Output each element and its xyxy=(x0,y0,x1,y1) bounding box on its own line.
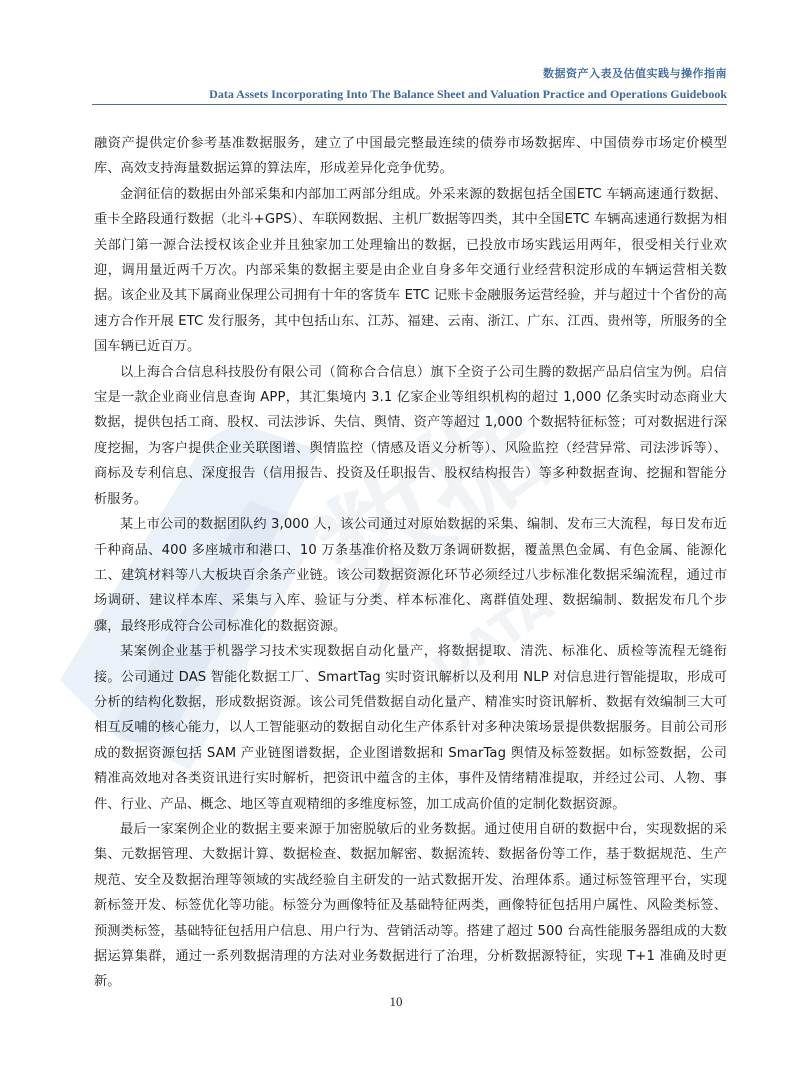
paragraph-listed-company: 某上市公司的数据团队约 3,000 人，该公司通过对原始数据的采集、编制、发布三… xyxy=(94,512,727,639)
header-title-en: Data Assets Incorporating Into The Balan… xyxy=(92,84,727,104)
paragraph-final-case: 最后一家案例企业的数据主要来源于加密脱敏后的业务数据。通过使用自研的数据中台，实… xyxy=(94,817,727,995)
header-title-cn: 数据资产入表及估值实践与操作指南 xyxy=(92,66,727,82)
paragraph-ml-case: 某案例企业基于机器学习技术实现数据自动化量产，将数据提取、清洗、标准化、质检等流… xyxy=(94,639,727,817)
paragraph-continuation: 融资产提供定价参考基准数据服务，建立了中国最完整最连续的债券市场数据库、中国债券… xyxy=(94,131,727,182)
body-text: 融资产提供定价参考基准数据服务，建立了中国最完整最连续的债券市场数据库、中国债券… xyxy=(94,131,727,995)
paragraph-qixinbao: 以上海合合信息科技股份有限公司（简称合合信息）旗下全资子公司生腾的数据产品启信宝… xyxy=(94,360,727,512)
header-divider xyxy=(92,104,727,105)
running-header: 数据资产入表及估值实践与操作指南 Data Assets Incorporati… xyxy=(92,66,727,104)
page-number: 10 xyxy=(0,994,792,1010)
paragraph-jinrun-credit: 金润征信的数据由外部采集和内部加工两部分组成。外采来源的数据包括全国ETC 车辆… xyxy=(94,182,727,360)
